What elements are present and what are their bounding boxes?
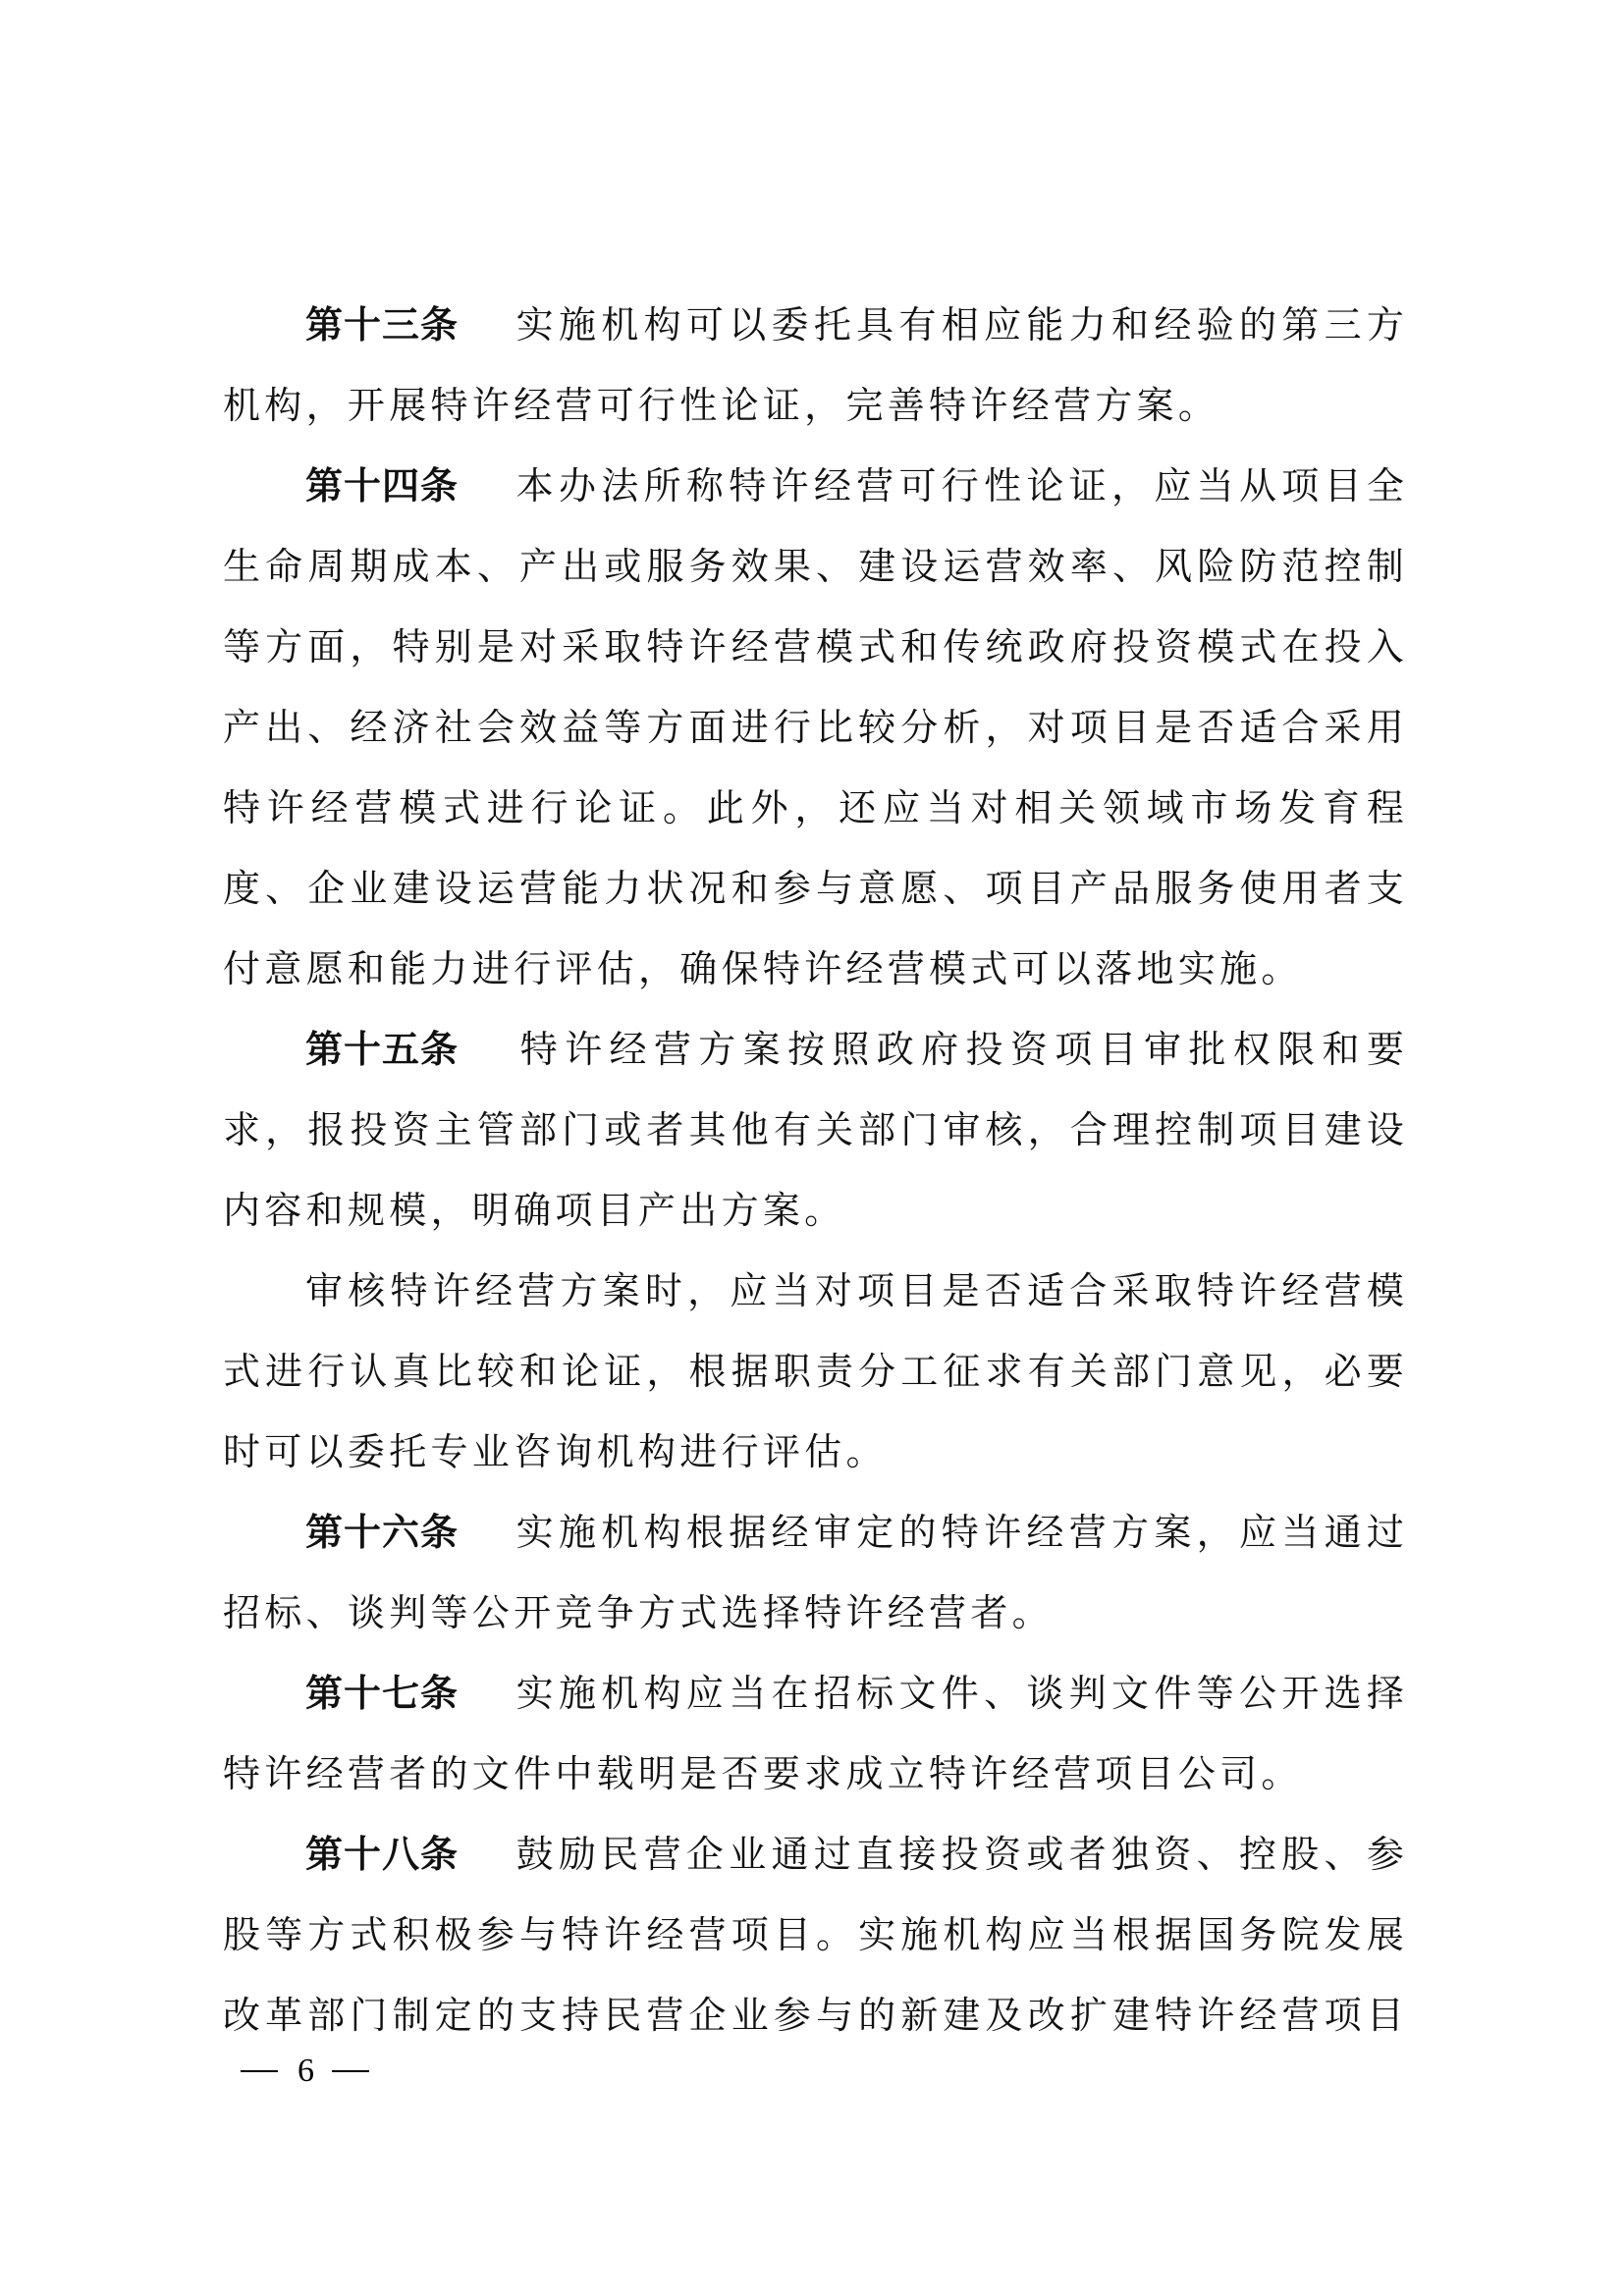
text-line: 机构，开展特许经营可行性论证，完善特许经营方案。 — [223, 361, 1404, 442]
text-line: 第十五条 特许经营方案按照政府投资项目审批权限和要 — [223, 1005, 1404, 1086]
article-paragraph: 第十七条 实施机构应当在招标文件、谈判文件等公开选择特许经营者的文件中载明是否要… — [223, 1649, 1404, 1810]
text-line: 特许经营模式进行论证。此外，还应当对相关领域市场发育程 — [223, 764, 1404, 844]
text-line: 招标、谈判等公开竞争方式选择特许经营者。 — [223, 1569, 1404, 1649]
text-line: 产出、经济社会效益等方面进行比较分析，对项目是否适合采用 — [223, 683, 1404, 764]
article-paragraph: 第十四条 本办法所称特许经营可行性论证，应当从项目全生命周期成本、产出或服务效果… — [223, 442, 1404, 1005]
label-gap — [475, 1019, 513, 1073]
label-gap — [473, 1502, 511, 1556]
page-number-value: 6 — [298, 2053, 314, 2090]
article-label: 第十八条 — [305, 1824, 459, 1878]
text-line: 等方面，特别是对采取特许经营模式和传统政府投资模式在投入 — [223, 603, 1404, 683]
text-line: 第十八条 鼓励民营企业通过直接投资或者独资、控股、参 — [223, 1810, 1404, 1891]
label-gap — [473, 455, 511, 509]
article-paragraph: 第十五条 特许经营方案按照政府投资项目审批权限和要求，报投资主管部门或者其他有关… — [223, 1005, 1404, 1247]
page-number-dash-left — [241, 2070, 278, 2072]
label-gap — [473, 1663, 511, 1717]
article-paragraph: 第十六条 实施机构根据经审定的特许经营方案，应当通过招标、谈判等公开竞争方式选择… — [223, 1488, 1404, 1649]
article-label: 第十五条 — [305, 1019, 459, 1073]
text-line: 第十三条 实施机构可以委托具有相应能力和经验的第三方 — [223, 281, 1404, 361]
text-line: 审核特许经营方案时，应当对项目是否适合采取特许经营模 — [223, 1247, 1404, 1327]
text-line: 股等方式积极参与特许经营项目。实施机构应当根据国务院发展 — [223, 1891, 1404, 1971]
text-line: 特许经营者的文件中载明是否要求成立特许经营项目公司。 — [223, 1730, 1404, 1810]
article-paragraph: 第十三条 实施机构可以委托具有相应能力和经验的第三方机构，开展特许经营可行性论证… — [223, 281, 1404, 442]
text-line: 改革部门制定的支持民营企业参与的新建及改扩建特许经营项目 — [223, 1971, 1404, 2052]
document-page: 第十三条 实施机构可以委托具有相应能力和经验的第三方机构，开展特许经营可行性论证… — [0, 0, 1624, 2296]
text-line: 生命周期成本、产出或服务效果、建设运营效率、风险防范控制 — [223, 522, 1404, 603]
text-line: 度、企业建设运营能力状况和参与意愿、项目产品服务使用者支 — [223, 844, 1404, 925]
article-label: 第十六条 — [305, 1502, 459, 1556]
text-line: 付意愿和能力进行评估，确保特许经营模式可以落地实施。 — [223, 925, 1404, 1005]
text-line: 式进行认真比较和论证，根据职责分工征求有关部门意见，必要 — [223, 1327, 1404, 1408]
article-label: 第十四条 — [305, 455, 459, 509]
text-line: 第十四条 本办法所称特许经营可行性论证，应当从项目全 — [223, 442, 1404, 522]
paragraph: 审核特许经营方案时，应当对项目是否适合采取特许经营模式进行认真比较和论证，根据职… — [223, 1247, 1404, 1488]
text-line: 求，报投资主管部门或者其他有关部门审核，合理控制项目建设 — [223, 1086, 1404, 1166]
text-line: 时可以委托专业咨询机构进行评估。 — [223, 1408, 1404, 1488]
article-label: 第十七条 — [305, 1663, 459, 1717]
label-gap — [473, 294, 511, 348]
page-number-dash-right — [332, 2070, 369, 2072]
text-line: 第十六条 实施机构根据经审定的特许经营方案，应当通过 — [223, 1488, 1404, 1569]
label-gap — [473, 1824, 511, 1878]
page-number: 6 — [241, 2050, 369, 2093]
document-body: 第十三条 实施机构可以委托具有相应能力和经验的第三方机构，开展特许经营可行性论证… — [223, 281, 1404, 2052]
article-paragraph: 第十八条 鼓励民营企业通过直接投资或者独资、控股、参股等方式积极参与特许经营项目… — [223, 1810, 1404, 2052]
text-line: 第十七条 实施机构应当在招标文件、谈判文件等公开选择 — [223, 1649, 1404, 1730]
text-line: 内容和规模，明确项目产出方案。 — [223, 1166, 1404, 1247]
article-label: 第十三条 — [305, 294, 459, 348]
